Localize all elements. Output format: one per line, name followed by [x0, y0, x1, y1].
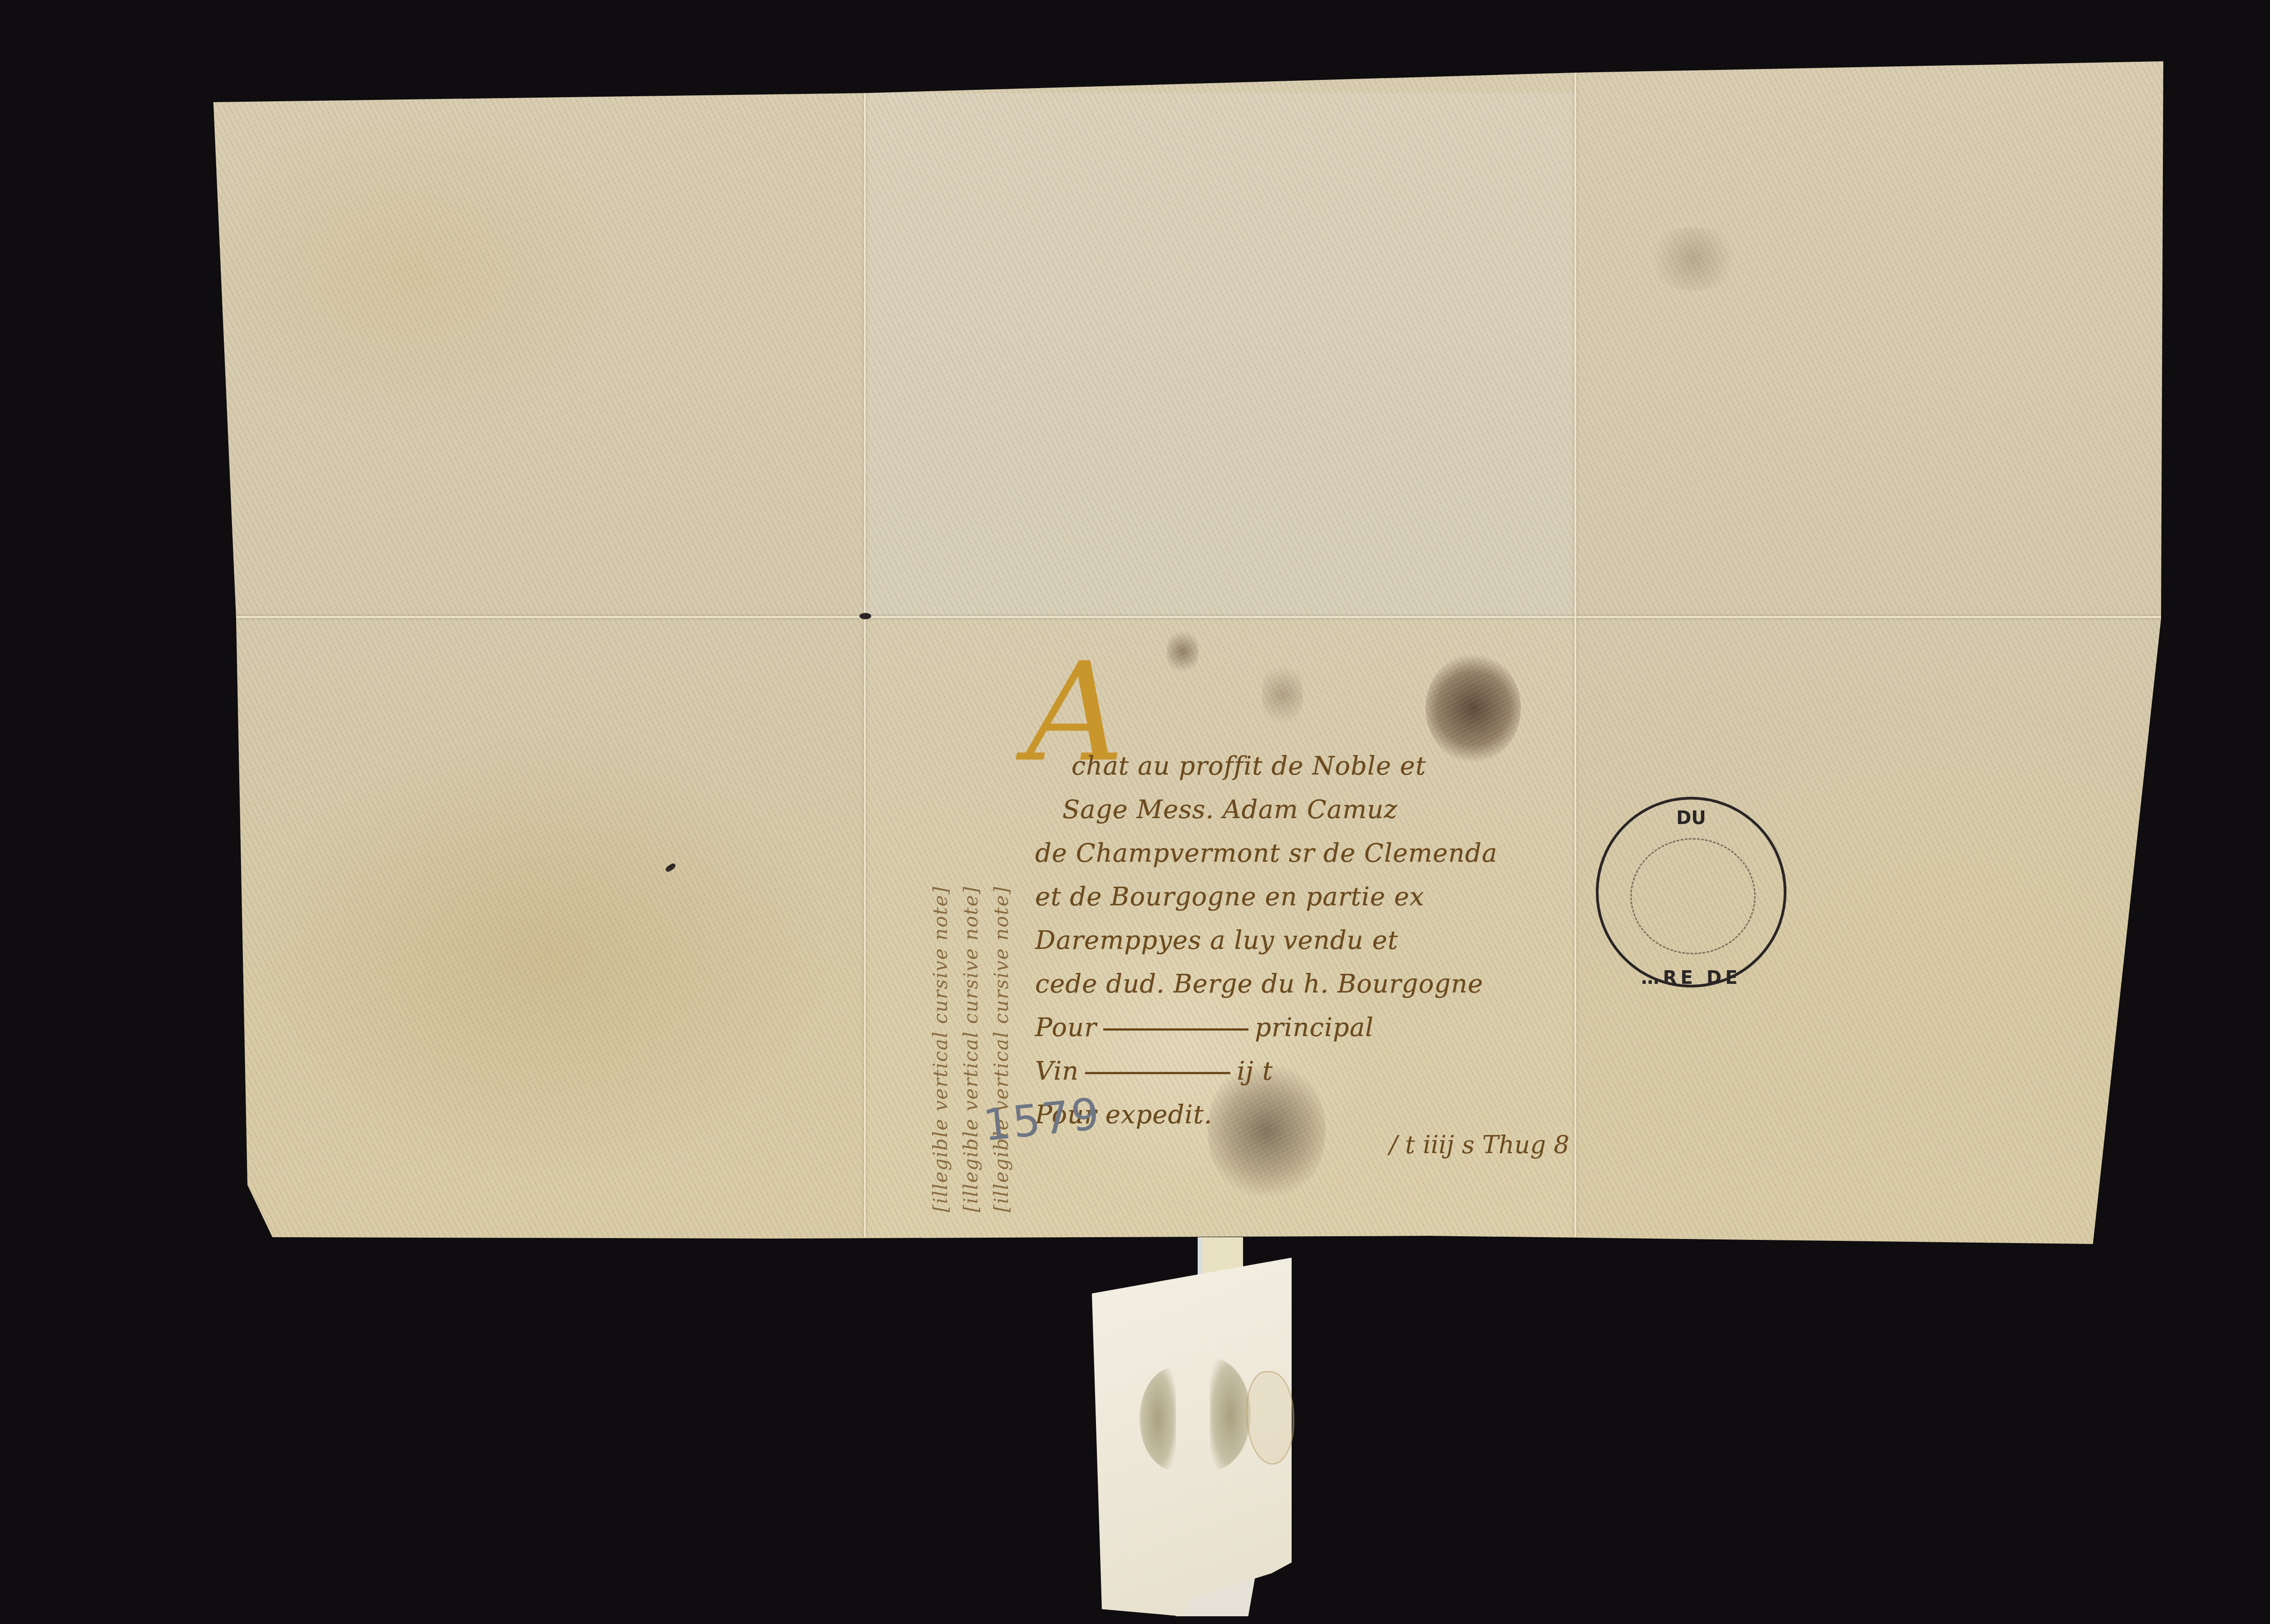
line-value: principal: [1255, 1013, 1374, 1042]
fold-line-horizontal: [236, 616, 2161, 618]
line-label: Pour: [1035, 1013, 1097, 1042]
discoloration-stain: [1643, 227, 1743, 291]
archive-stamp: DU …RE DE: [1596, 797, 1786, 987]
fold-panel-top-middle: [865, 93, 1575, 617]
ink-speck: [665, 862, 677, 873]
dash-rule: [1085, 1072, 1230, 1074]
endorsement-line: Daremppyes a luy vendu et: [1035, 919, 1571, 963]
endorsement-text: chat au proffit de Noble et Sage Mess. A…: [1035, 745, 1571, 1137]
amount-notation: / t iiij s Thug 8: [1389, 1130, 1569, 1159]
stamp-inner-ring: [1630, 838, 1756, 954]
margin-note-column: [illegible vertical cursive note]: [960, 667, 982, 1212]
stain-small: [1262, 658, 1303, 731]
margin-note-column: [illegible vertical cursive note]: [929, 667, 952, 1212]
document-photograph: [illegible vertical cursive note] [illeg…: [0, 0, 2270, 1624]
stamp-top-text: DU: [1599, 808, 1784, 829]
endorsement-line-pour: Pourprincipal: [1035, 1006, 1571, 1050]
dash-rule: [1103, 1028, 1248, 1031]
stamp-bottom-text: …RE DE: [1599, 967, 1784, 988]
endorsement-line: et de Bourgogne en partie ex: [1035, 875, 1571, 919]
endorsement-line: chat au proffit de Noble et: [1035, 745, 1571, 788]
endorsement-line: de Champvermont sr de Clemenda: [1035, 832, 1571, 875]
endorsement-line-vin: Vinij t: [1035, 1050, 1571, 1093]
fold-line-vertical-right: [1574, 73, 1576, 1237]
endorsement-line: cede dud. Berge du h. Bourgogne: [1035, 963, 1571, 1006]
stain-small: [1167, 627, 1199, 676]
fold-hole: [859, 613, 871, 619]
endorsement-line: Sage Mess. Adam Camuz: [1035, 788, 1571, 832]
line-value: ij t: [1237, 1056, 1273, 1086]
fold-line-vertical-left: [864, 93, 866, 1237]
line-label: Vin: [1035, 1056, 1079, 1086]
